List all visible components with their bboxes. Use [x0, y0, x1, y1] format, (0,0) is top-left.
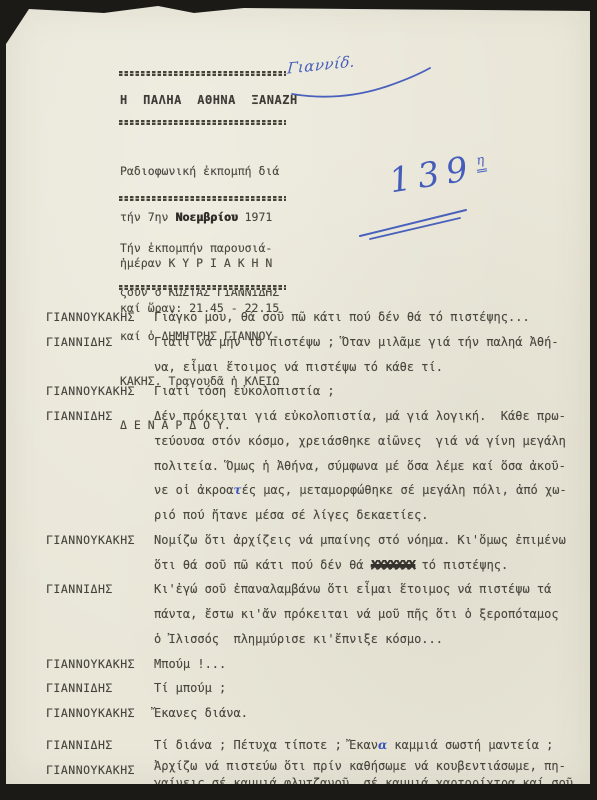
dialogue-section: ΓΙΑΝΝΟΥΚΑΚΗΣΓιάγκο μου, θά σοῦ πῶ κάτι π… [46, 305, 580, 793]
document-page: Γιαννίδ. Η ΠΑΛΗΑ ΑΘΗΝΑ ΞΑΝΑΖΗ Ραδιοφωνικ… [6, 4, 590, 784]
dialogue-row: ΓΙΑΝΝΟΥΚΑΚΗΣΓιάγκο μου, θά σοῦ πῶ κάτι π… [46, 305, 580, 330]
dialogue-line: Ἀρχίζω νά πιστεύω ὅτι πρίν καθήσωμε νά κ… [154, 758, 580, 776]
dialogue-line: Γιατί νά μήν τό πιστέψω ; Ὅταν μιλᾶμε γι… [154, 330, 580, 355]
speaker-label: ΓΙΑΝΝΙΔΗΣ [46, 577, 154, 651]
dialogue-text: Μπούμ !... [154, 652, 580, 677]
dialogue-row: ΓΙΑΝΝΟΥΚΑΚΗΣἜκανες διάνα. [46, 701, 580, 726]
handwritten-underline-stroke [286, 66, 436, 102]
dialogue-line: Μπούμ !... [154, 652, 580, 677]
page-number-suffix: η [474, 153, 487, 173]
handwritten-correction: α [378, 738, 387, 752]
typed-separator-line [119, 196, 286, 201]
dialogue-row: ΓΙΑΝΝΙΔΗΣΓιατί νά μήν τό πιστέψω ; Ὅταν … [46, 330, 580, 380]
handwritten-page-number: 139η [386, 147, 489, 202]
dialogue-line: Τί μπούμ ; [154, 676, 580, 701]
dialogue-line: Δέν πρόκειται γιά εὐκολοπιστία, μά γιά λ… [154, 404, 580, 429]
line-segment: νε οἱ ἀκροα [154, 483, 233, 497]
dialogue-line: Τί διάνα ; Πέτυχα τίποτε ; Ἔκανα καμμιά … [154, 733, 580, 758]
typed-separator-line [119, 71, 286, 76]
dialogue-text: Γιατί νά μήν τό πιστέψω ; Ὅταν μιλᾶμε γι… [154, 330, 580, 380]
dialogue-row: ΓΙΑΝΝΟΥΚΑΚΗΣΜπούμ !... [46, 652, 580, 677]
speaker-label: ΓΙΑΝΝΙΔΗΣ [46, 404, 154, 528]
dialogue-line: πολιτεία. Ὅμως ἡ Ἀθήνα, σύμφωνα μέ ὅσα λ… [154, 454, 580, 479]
line-segment: τό πιστέψης. [414, 558, 508, 572]
dialogue-text: Τί διάνα ; Πέτυχα τίποτε ; Ἔκανα καμμιά … [154, 733, 580, 758]
speaker-label: ΓΙΑΝΝΟΥΚΑΚΗΣ [46, 701, 154, 726]
speaker-label: ΓΙΑΝΝΟΥΚΑΚΗΣ [46, 528, 154, 578]
dialogue-line: νε οἱ ἀκροατές μας, μεταμορφώθηκε σέ μεγ… [154, 478, 580, 503]
typed-separator-line [119, 285, 286, 290]
scanned-typescript-page: { "colors":{ "background":"#1b1a17", "pa… [0, 0, 597, 800]
dialogue-line: ριό πού ἤτανε μέσα σέ λίγες δεκαετίες. [154, 503, 580, 528]
handwritten-flourish-stroke [356, 204, 474, 244]
dialogue-line: ὁ Ἰλισσός πλημμύρισε κι'ἔπνιξε κόσμο... [154, 627, 580, 652]
handwritten-correction: τ [233, 483, 241, 497]
page-number-digits: 139 [386, 148, 477, 201]
speaker-label: ΓΙΑΝΝΟΥΚΑΚΗΣ [46, 652, 154, 677]
dialogue-text: Γιάγκο μου, θά σοῦ πῶ κάτι πού δέν θά τό… [154, 305, 580, 330]
dialogue-text: Ἔκανες διάνα. [154, 701, 580, 726]
line-segment: ὅτι θά σοῦ πῶ κάτι πού δέν θά [154, 558, 371, 572]
dialogue-line: Ἔκανες διάνα. [154, 701, 580, 726]
speaker-label: ΓΙΑΝΝΟΥΚΑΚΗΣ [46, 305, 154, 330]
dialogue-line: τεύουσα στόν κόσμο, χρειάσθηκε αἰῶνες γι… [154, 429, 580, 454]
dialogue-line: ὅτι θά σοῦ πῶ κάτι πού δέν θά ΧΧΧΧΧΧΧ τό… [154, 553, 580, 578]
speaker-label: ΓΙΑΝΝΙΔΗΣ [46, 733, 154, 758]
dialogue-row: ΓΙΑΝΝΙΔΗΣΤί μπούμ ; [46, 676, 580, 701]
dialogue-line: Νομίζω ὅτι ἀρχίζεις νά μπαίνης στό νόημα… [154, 528, 580, 553]
dialogue-line: πάντα, ἔστω κι'ἄν πρόκειται νά μοῦ πῆς ὅ… [154, 602, 580, 627]
dialogue-line: Γιατί τόση εὐκολοπιστία ; [154, 379, 580, 404]
speaker-label: ΓΙΑΝΝΟΥΚΑΚΗΣ [46, 379, 154, 404]
speaker-label: ΓΙΑΝΝΙΔΗΣ [46, 676, 154, 701]
dialogue-row: ΓΙΑΝΝΙΔΗΣΚι'ἐγώ σοῦ ἐπαναλαμβάνω ὅτι εἶμ… [46, 577, 580, 651]
dialogue-text: Γιατί τόση εὐκολοπιστία ; [154, 379, 580, 404]
dialogue-text: Ἀρχίζω νά πιστεύω ὅτι πρίν καθήσωμε νά κ… [154, 758, 580, 793]
dialogue-row: ΓΙΑΝΝΟΥΚΑΚΗΣἈρχίζω νά πιστεύω ὅτι πρίν κ… [46, 758, 580, 793]
dialogue-row: ΓΙΑΝΝΙΔΗΣΤί διάνα ; Πέτυχα τίποτε ; Ἔκαν… [46, 733, 580, 758]
dialogue-text: Κι'ἐγώ σοῦ ἐπαναλαμβάνω ὅτι εἶμαι ἕτοιμο… [154, 577, 580, 651]
page-title: Η ΠΑΛΗΑ ΑΘΗΝΑ ΞΑΝΑΖΗ [120, 93, 298, 107]
dialogue-line: γαίνεις σέ καμμιά φλυτζανοῦ, σέ καμμιά χ… [154, 775, 580, 793]
dialogue-row: ΓΙΑΝΝΙΔΗΣΔέν πρόκειται γιά εὐκολοπιστία,… [46, 404, 580, 528]
dialogue-text: Δέν πρόκειται γιά εὐκολοπιστία, μά γιά λ… [154, 404, 580, 528]
presenters-line: Τήν ἐκπομπήν παρουσιά- [120, 241, 279, 256]
dialogue-line: Γιάγκο μου, θά σοῦ πῶ κάτι πού δέν θά τό… [154, 305, 580, 330]
line-segment: καμμιά σωστή μαντεία ; [387, 738, 553, 752]
dialogue-row: ΓΙΑΝΝΟΥΚΑΚΗΣΓιατί τόση εὐκολοπιστία ; [46, 379, 580, 404]
dialogue-text: Νομίζω ὅτι ἀρχίζεις νά μπαίνης στό νόημα… [154, 528, 580, 578]
broadcast-line: Ραδιοφωνική ἐκπομπή διά [120, 164, 279, 179]
dialogue-row: ΓΙΑΝΝΟΥΚΑΚΗΣΝομίζω ὅτι ἀρχίζεις νά μπαίν… [46, 528, 580, 578]
struck-out-word: ΧΧΧΧΧΧΧ [371, 558, 415, 572]
dialogue-text: Τί μπούμ ; [154, 676, 580, 701]
dialogue-line: Κι'ἐγώ σοῦ ἐπαναλαμβάνω ὅτι εἶμαι ἕτοιμο… [154, 577, 580, 602]
line-segment: Τί διάνα ; Πέτυχα τίποτε ; Ἔκαν [154, 738, 378, 752]
dialogue-line: να, εἶμαι ἕτοιμος νά πιστέψω τό κάθε τί. [154, 355, 580, 380]
line-segment: ές μας, μεταμορφώθηκε σέ μεγάλη πόλι, ἀπ… [242, 483, 567, 497]
typed-separator-line [119, 120, 286, 125]
speaker-label: ΓΙΑΝΝΙΔΗΣ [46, 330, 154, 380]
speaker-label: ΓΙΑΝΝΟΥΚΑΚΗΣ [46, 758, 154, 793]
